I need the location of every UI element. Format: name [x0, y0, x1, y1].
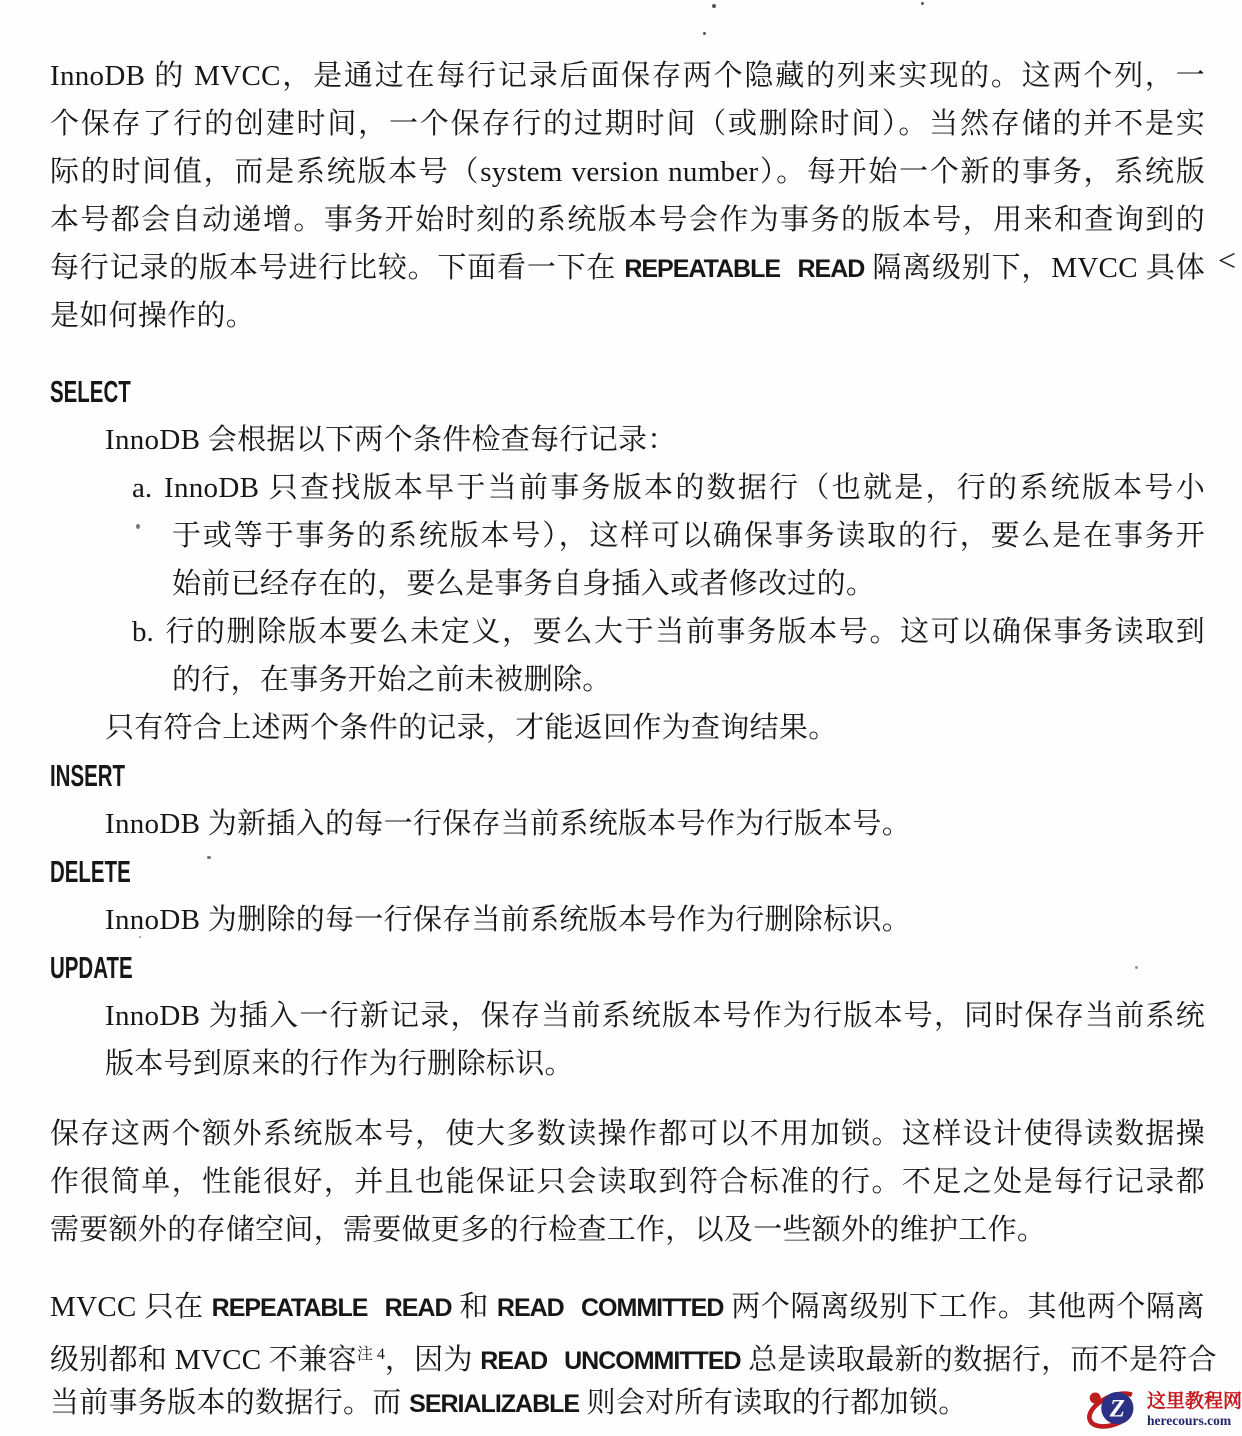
text-run: InnoDB 为新插入的每一行保存当前系统版本号作为行版本号。 [105, 808, 911, 840]
delete-heading: DELETE [50, 848, 812, 896]
text-run: 作很简单，性能很好，并且也能保证只会读取到符合标准的行。不足之处是每行记录都 [50, 1166, 1205, 1198]
scan-speck [136, 524, 140, 529]
text-run: 于或等于事务的系统版本号），这样可以确保事务读取的行，要么是在事务开 [172, 520, 1205, 552]
text-line: 本号都会自动递增。事务开始时刻的系统版本号会作为事务的版本号，用来和查询到的 [50, 196, 1205, 244]
text-run: 两个隔离级别下工作。其他两个隔离 [723, 1291, 1205, 1323]
list-item-a-line: 始前已经存在的，要么是事务自身插入或者修改过的。 [50, 560, 1205, 608]
scan-speck [139, 936, 141, 938]
text-run: 隔离级别下，MVCC 具体 [864, 252, 1205, 284]
text-line: 级别都和 MVCC 不兼容注 4，因为 READ UNCOMMITTED 总是读… [50, 1331, 1205, 1379]
section-insert: INSERT InnoDB 为新插入的每一行保存当前系统版本号作为行版本号。 [50, 752, 1205, 848]
select-heading: SELECT [50, 368, 812, 416]
paragraph-mvcc-intro: InnoDB 的 MVCC，是通过在每行记录后面保存两个隐藏的列来实现的。这两个… [50, 52, 1205, 340]
keyword-repeatable-read: REPEATABLE READ [624, 255, 864, 283]
text-line: InnoDB 的 MVCC，是通过在每行记录后面保存两个隐藏的列来实现的。这两个… [50, 52, 1205, 100]
text-run: InnoDB 为插入一行新记录，保存当前系统版本号作为行版本号，同时保存当前系统 [105, 1000, 1205, 1032]
text-line: InnoDB 为删除的每一行保存当前系统版本号作为行删除标识。 [50, 896, 1205, 944]
text-run: ，因为 [385, 1344, 480, 1376]
text-line: 当前事务版本的数据行。而 SERIALIZABLE 则会对所有读取的行都加锁。 [50, 1379, 1205, 1427]
watermark-site-name: 这里教程网 [1147, 1391, 1242, 1413]
footnote-marker: 注 4 [357, 1346, 385, 1363]
text-run: 保存这两个额外系统版本号，使大多数读操作都可以不用加锁。这样设计使得读数据操 [50, 1118, 1205, 1150]
text-line: 版本号到原来的行作为行删除标识。 [50, 1040, 1205, 1088]
text-run: InnoDB 为删除的每一行保存当前系统版本号作为行删除标识。 [105, 904, 911, 936]
text-line: 保存这两个额外系统版本号，使大多数读操作都可以不用加锁。这样设计使得读数据操 [50, 1110, 1205, 1158]
list-item-a-line: 于或等于事务的系统版本号），这样可以确保事务读取的行，要么是在事务开 [50, 512, 1205, 560]
text-run: 个保存了行的创建时间，一个保存行的过期时间（或删除时间）。当然存储的并不是实 [50, 108, 1205, 140]
text-run: 始前已经存在的，要么是事务自身插入或者修改过的。 [172, 568, 875, 600]
keyword-repeatable-read: REPEATABLE READ [212, 1294, 452, 1322]
text-run: 则会对所有读取的行都加锁。 [579, 1387, 967, 1419]
scanned-page: InnoDB 的 MVCC，是通过在每行记录后面保存两个隐藏的列来实现的。这两个… [0, 0, 1242, 1436]
text-line: InnoDB 会根据以下两个条件检查每行记录： [50, 416, 1205, 464]
text-run: 是如何操作的。 [50, 300, 255, 332]
text-run: 需要额外的存储空间，需要做更多的行检查工作，以及一些额外的维护工作。 [50, 1214, 1046, 1246]
text-run: 只有符合上述两个条件的记录，才能返回作为查询结果。 [105, 712, 838, 744]
update-heading: UPDATE [50, 944, 812, 992]
text-run: InnoDB 会根据以下两个条件检查每行记录： [105, 424, 677, 456]
watermark-text: 这里教程网 herecours.com [1147, 1391, 1242, 1429]
paragraph-tradeoffs: 保存这两个额外系统版本号，使大多数读操作都可以不用加锁。这样设计使得读数据操 作… [50, 1110, 1205, 1254]
text-line: 只有符合上述两个条件的记录，才能返回作为查询结果。 [50, 704, 1205, 752]
keyword-read-uncommitted: READ UNCOMMITTED [480, 1347, 740, 1375]
text-run: 总是读取最新的数据行，而不是符合 [741, 1344, 1217, 1376]
text-line: 个保存了行的创建时间，一个保存行的过期时间（或删除时间）。当然存储的并不是实 [50, 100, 1205, 148]
text-run: 版本号到原来的行作为行删除标识。 [105, 1048, 574, 1080]
text-line: MVCC 只在 REPEATABLE READ 和 READ COMMITTED… [50, 1283, 1205, 1331]
text-run: MVCC 只在 [50, 1291, 212, 1323]
text-line: 每行记录的版本号进行比较。下面看一下在 REPEATABLE READ 隔离级别… [50, 244, 1205, 292]
text-run: 当前事务版本的数据行。而 [50, 1387, 409, 1419]
watermark: Z 这里教程网 herecours.com [1086, 1384, 1242, 1436]
text-line: InnoDB 为新插入的每一行保存当前系统版本号作为行版本号。 [50, 800, 1205, 848]
watermark-site-url: herecours.com [1147, 1413, 1242, 1429]
text-run: 的行，在事务开始之前未被删除。 [172, 664, 612, 696]
scan-angle-mark: < [1218, 242, 1236, 279]
watermark-logo-icon: Z [1086, 1384, 1145, 1436]
text-line: 作很简单，性能很好，并且也能保证只会读取到符合标准的行。不足之处是每行记录都 [50, 1158, 1205, 1206]
text-run: InnoDB 只查找版本早于当前事务版本的数据行（也就是，行的系统版本号小 [164, 472, 1205, 504]
page-content: InnoDB 的 MVCC，是通过在每行记录后面保存两个隐藏的列来实现的。这两个… [50, 52, 1205, 1427]
watermark-logo-letter: Z [1109, 1395, 1125, 1422]
text-line: 际的时间值，而是系统版本号（system version number）。每开始… [50, 148, 1205, 196]
section-select: SELECT InnoDB 会根据以下两个条件检查每行记录： a.InnoDB … [50, 368, 1205, 752]
scan-speck [921, 2, 924, 5]
scan-speck [712, 4, 716, 8]
list-item-b-line: b.行的删除版本要么未定义，要么大于当前事务版本号。这可以确保事务读取到 [50, 608, 1205, 656]
text-line: 是如何操作的。 [50, 292, 1205, 340]
scan-speck [703, 32, 706, 35]
text-run: 本号都会自动递增。事务开始时刻的系统版本号会作为事务的版本号，用来和查询到的 [50, 204, 1205, 236]
text-line: 需要额外的存储空间，需要做更多的行检查工作，以及一些额外的维护工作。 [50, 1206, 1205, 1254]
text-run: 际的时间值，而是系统版本号（system version number）。每开始… [50, 156, 1205, 188]
scan-speck [207, 856, 211, 859]
text-run: InnoDB 的 MVCC，是通过在每行记录后面保存两个隐藏的列来实现的。这两个… [50, 60, 1205, 92]
list-item-a-line: a.InnoDB 只查找版本早于当前事务版本的数据行（也就是，行的系统版本号小 [50, 464, 1205, 512]
text-run: 级别都和 MVCC 不兼容 [50, 1344, 357, 1376]
section-update: UPDATE InnoDB 为插入一行新记录，保存当前系统版本号作为行版本号，同… [50, 944, 1205, 1088]
text-line: InnoDB 为插入一行新记录，保存当前系统版本号作为行版本号，同时保存当前系统 [50, 992, 1205, 1040]
text-run: 每行记录的版本号进行比较。下面看一下在 [50, 252, 624, 284]
list-marker-a: a. [132, 464, 164, 512]
scan-speck [1135, 966, 1138, 969]
keyword-read-committed: READ COMMITTED [497, 1294, 723, 1322]
text-run: 行的删除版本要么未定义，要么大于当前事务版本号。这可以确保事务读取到 [164, 616, 1205, 648]
keyword-serializable: SERIALIZABLE [409, 1390, 579, 1418]
insert-heading: INSERT [50, 752, 812, 800]
paragraph-isolation-levels: MVCC 只在 REPEATABLE READ 和 READ COMMITTED… [50, 1283, 1205, 1427]
section-delete: DELETE InnoDB 为删除的每一行保存当前系统版本号作为行删除标识。 [50, 848, 1205, 944]
list-item-b-line: 的行，在事务开始之前未被删除。 [50, 656, 1205, 704]
text-run: 和 [452, 1291, 497, 1323]
list-marker-b: b. [132, 608, 164, 656]
